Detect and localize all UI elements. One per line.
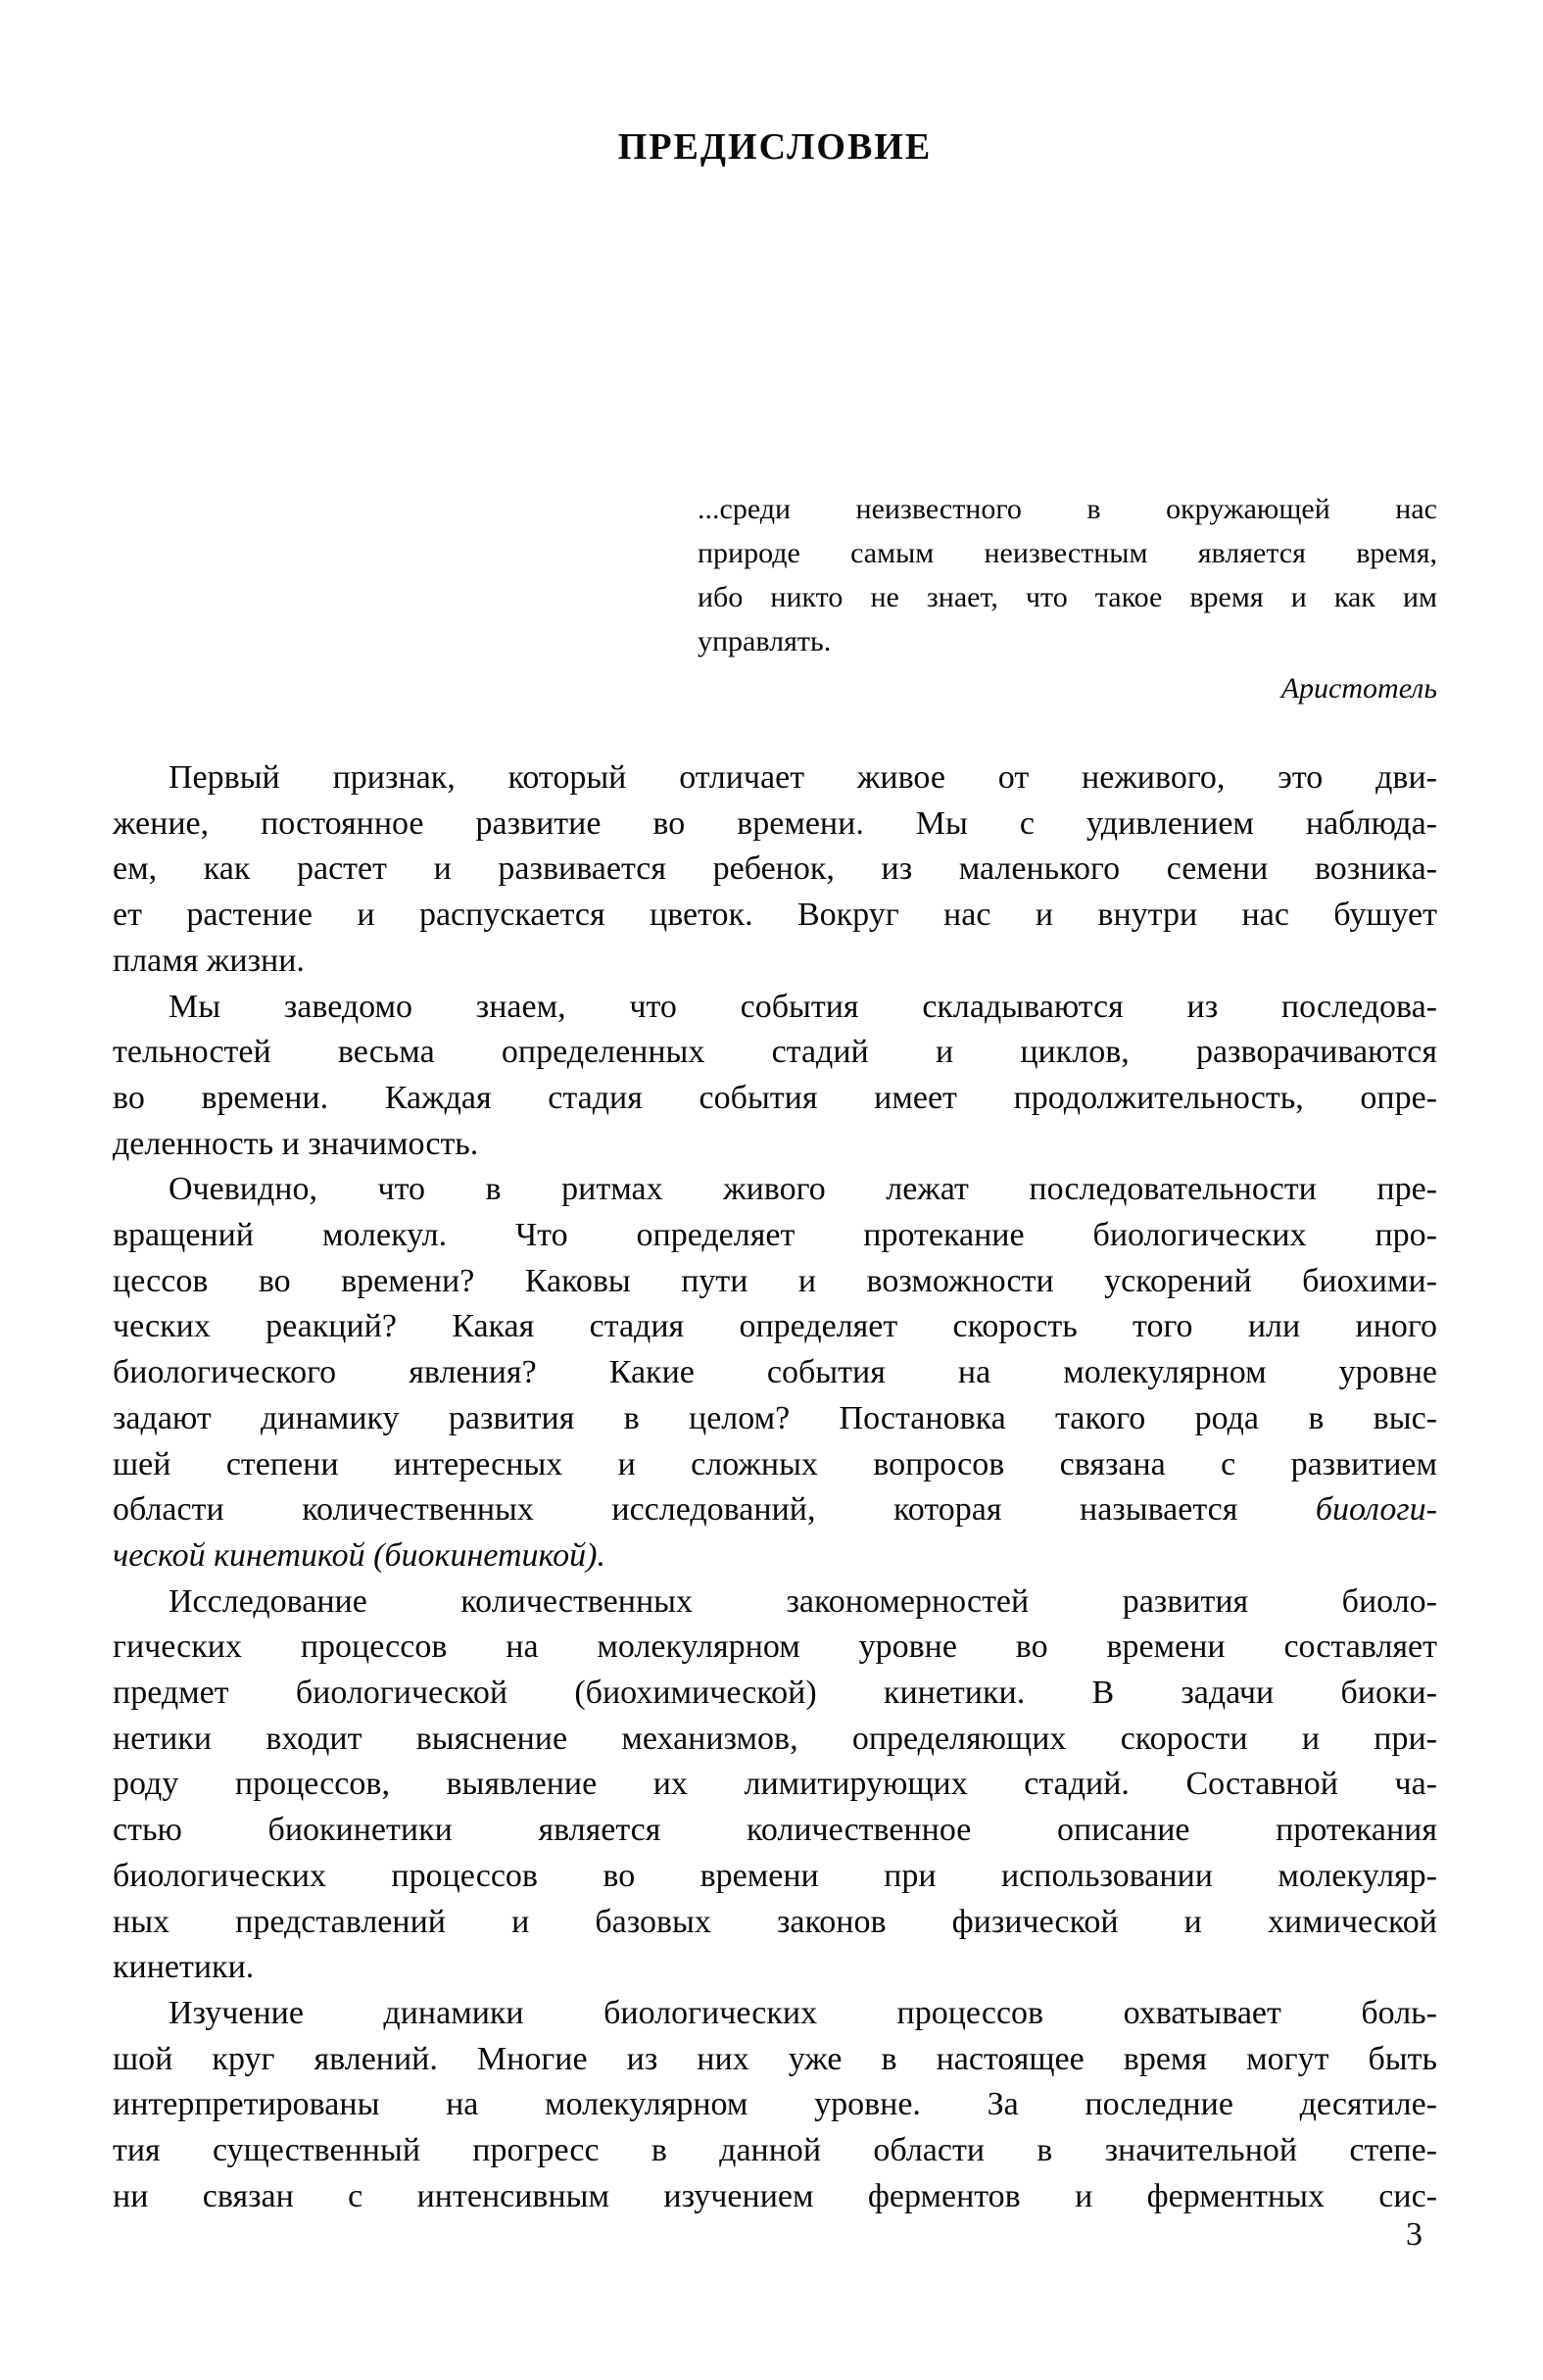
italic-text-segment: ческой кинетикой (биокинетикой). [113, 1537, 605, 1574]
text-segment: Исследование количественных закономернос… [169, 1583, 1437, 1620]
text-segment: ных представлений и базовых законов физи… [113, 1904, 1437, 1940]
text-line: пламя жизни. [113, 939, 1437, 985]
text-segment: во времени. Каждая стадия события имеет … [113, 1080, 1437, 1116]
text-segment: ем, как растет и развивается ребенок, из… [113, 850, 1437, 887]
text-line: кинетики. [113, 1945, 1437, 1991]
text-line: стью биокинетики является количественное… [113, 1808, 1437, 1854]
text-segment: управлять. [698, 625, 831, 657]
text-line: ет растение и распускается цветок. Вокру… [113, 893, 1437, 939]
text-segment: кинетики. [113, 1949, 254, 1985]
text-segment: шей степени интересных и сложных вопросо… [113, 1446, 1437, 1482]
text-line: вращений молекул. Что определяет протека… [113, 1213, 1437, 1259]
text-line: роду процессов, выявление их лимитирующи… [113, 1762, 1437, 1808]
paragraph: Первый признак, который отличает живое о… [113, 755, 1437, 985]
text-line: ческих реакций? Какая стадия определяет … [113, 1304, 1437, 1350]
text-segment: Изучение динамики биологических процессо… [169, 1995, 1437, 2031]
text-segment: биологического явления? Какие события на… [113, 1354, 1437, 1390]
text-segment: вращений молекул. Что определяет протека… [113, 1217, 1437, 1253]
text-line: ибо никто не знает, что такое время и ка… [698, 575, 1437, 619]
text-segment: цессов во времени? Каковы пути и возможн… [113, 1263, 1437, 1299]
text-segment: интерпретированы на молекулярном уровне.… [113, 2086, 1437, 2122]
text-line: шой круг явлений. Многие из них уже в на… [113, 2037, 1437, 2083]
text-segment: области количественных исследований, кот… [113, 1491, 1316, 1528]
text-segment: гических процессов на молекулярном уровн… [113, 1628, 1437, 1665]
epigraph: ...среди неизвестного в окружающей наспр… [698, 487, 1437, 710]
text-segment: Первый признак, который отличает живое о… [169, 759, 1437, 796]
text-line: Мы заведомо знаем, что события складываю… [113, 985, 1437, 1031]
text-segment: стью биокинетики является количественное… [113, 1812, 1437, 1848]
book-page: ПРЕДИСЛОВИЕ ...среди неизвестного в окру… [0, 0, 1543, 2380]
text-segment: пламя жизни. [113, 943, 305, 979]
text-segment: шой круг явлений. Многие из них уже в на… [113, 2041, 1437, 2077]
text-segment: тельностей весьма определенных стадий и … [113, 1034, 1437, 1070]
text-line: ...среди неизвестного в окружающей нас [698, 487, 1437, 531]
text-line: ни связан с интенсивным изучением фермен… [113, 2174, 1437, 2220]
text-line: управлять. [698, 619, 1437, 663]
text-line: ческой кинетикой (биокинетикой). [113, 1533, 1437, 1579]
text-line: деленность и значимость. [113, 1122, 1437, 1168]
epigraph-lines: ...среди неизвестного в окружающей наспр… [698, 487, 1437, 663]
text-line: жение, постоянное развитие во времени. М… [113, 801, 1437, 848]
text-line: Первый признак, который отличает живое о… [113, 755, 1437, 801]
body-text: Первый признак, который отличает живое о… [113, 755, 1437, 2220]
text-segment: задают динамику развития в целом? Постан… [113, 1400, 1437, 1436]
text-segment: Мы заведомо знаем, что события складываю… [169, 989, 1437, 1025]
text-segment: нетики входит выяснение механизмов, опре… [113, 1721, 1437, 1757]
text-segment: жение, постоянное развитие во времени. М… [113, 805, 1437, 842]
text-line: задают динамику развития в целом? Постан… [113, 1396, 1437, 1442]
text-line: тия существенный прогресс в данной облас… [113, 2128, 1437, 2174]
paragraph: Изучение динамики биологических процессо… [113, 1991, 1437, 2220]
text-line: гических процессов на молекулярном уровн… [113, 1625, 1437, 1671]
text-line: тельностей весьма определенных стадий и … [113, 1030, 1437, 1076]
text-segment: деленность и значимость. [113, 1126, 478, 1162]
text-segment: ческих реакций? Какая стадия определяет … [113, 1308, 1437, 1344]
epigraph-attribution: Аристотель [698, 666, 1437, 710]
text-line: цессов во времени? Каковы пути и возможн… [113, 1259, 1437, 1305]
page-title: ПРЕДИСЛОВИЕ [113, 125, 1437, 169]
text-line: предмет биологической (биохимической) ки… [113, 1671, 1437, 1717]
text-segment: биологических процессов во времени при и… [113, 1858, 1437, 1894]
text-segment: ни связан с интенсивным изучением фермен… [113, 2178, 1437, 2214]
text-line: интерпретированы на молекулярном уровне.… [113, 2082, 1437, 2128]
text-segment: природе самым неизвестным является время… [698, 537, 1437, 569]
text-line: Исследование количественных закономернос… [113, 1579, 1437, 1626]
text-line: природе самым неизвестным является время… [698, 531, 1437, 575]
text-line: во времени. Каждая стадия события имеет … [113, 1076, 1437, 1122]
page-number: 3 [113, 2216, 1422, 2254]
text-line: шей степени интересных и сложных вопросо… [113, 1442, 1437, 1488]
text-line: Изучение динамики биологических процессо… [113, 1991, 1437, 2037]
text-line: Очевидно, что в ритмах живого лежат посл… [113, 1167, 1437, 1213]
text-segment: предмет биологической (биохимической) ки… [113, 1675, 1437, 1711]
paragraph: Мы заведомо знаем, что события складываю… [113, 985, 1437, 1168]
text-segment: Очевидно, что в ритмах живого лежат посл… [169, 1171, 1437, 1207]
text-line: области количественных исследований, кот… [113, 1487, 1437, 1533]
paragraph: Очевидно, что в ритмах живого лежат посл… [113, 1167, 1437, 1579]
text-line: ных представлений и базовых законов физи… [113, 1900, 1437, 1946]
text-segment: ибо никто не знает, что такое время и ка… [698, 581, 1437, 613]
text-line: биологических процессов во времени при и… [113, 1854, 1437, 1900]
text-line: ем, как растет и развивается ребенок, из… [113, 847, 1437, 893]
text-segment: тия существенный прогресс в данной облас… [113, 2132, 1437, 2168]
italic-text-segment: биологи- [1316, 1491, 1437, 1528]
text-segment: ет растение и распускается цветок. Вокру… [113, 897, 1437, 933]
paragraph: Исследование количественных закономернос… [113, 1579, 1437, 1991]
text-segment: роду процессов, выявление их лимитирующи… [113, 1766, 1437, 1802]
text-segment: ...среди неизвестного в окружающей нас [698, 493, 1437, 525]
text-line: нетики входит выяснение механизмов, опре… [113, 1717, 1437, 1763]
text-line: биологического явления? Какие события на… [113, 1350, 1437, 1396]
